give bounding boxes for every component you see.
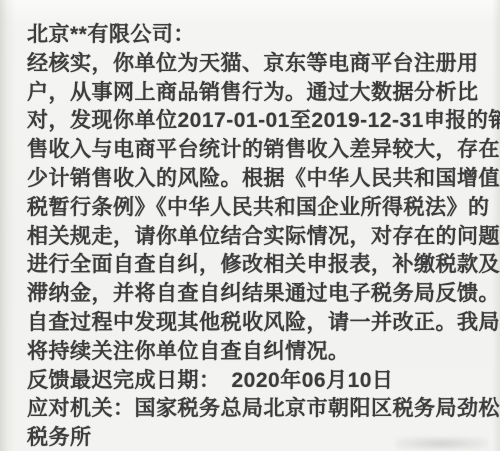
notice-line: 应对机关：国家税务总局北京市朝阳区税务局劲松: [27, 395, 489, 424]
notice-line: 将持续关注你单位自查自纠情况。: [27, 338, 489, 367]
notice-line: 对，发现你单位2017-01-01至2019-12-31申报的销: [27, 107, 489, 136]
notice-line: 经核实，你单位为天猫、京东等电商平台注册用: [27, 50, 489, 79]
photo-left-edge-shade: [0, 0, 16, 451]
notice-line: 税务所: [27, 424, 489, 451]
tax-self-inspection-notice-text: 北京**有限公司：经核实，你单位为天猫、京东等电商平台注册用户，从事网上商品销售…: [27, 21, 489, 451]
notice-line: 反馈最迟完成日期： 2020年06月10日: [27, 367, 489, 396]
notice-line: 滞纳金，并将自查自纠结果通过电子税务局反馈。: [27, 280, 489, 309]
notice-salutation-line: 北京**有限公司：: [27, 21, 489, 50]
notice-line: 税暂行条例》《中华人民共和国企业所得税法》的: [27, 194, 489, 223]
notice-line: 相关规走，请你单位结合实际情况，对存在的问题: [27, 223, 489, 252]
notice-line: 售收入与电商平台统计的销售收入差异较大，存在: [27, 136, 489, 165]
notice-line: 自查过程中发现其他税收风险，请一并改正。我局: [27, 309, 489, 338]
notice-line: 户，从事网上商品销售行为。通过大数据分析比: [27, 79, 489, 108]
notice-line: 少计销售收入的风险。根据《中华人民共和国增值: [27, 165, 489, 194]
notice-line: 进行全面自查自纠，修改相关申报表，补缴税款及: [27, 251, 489, 280]
